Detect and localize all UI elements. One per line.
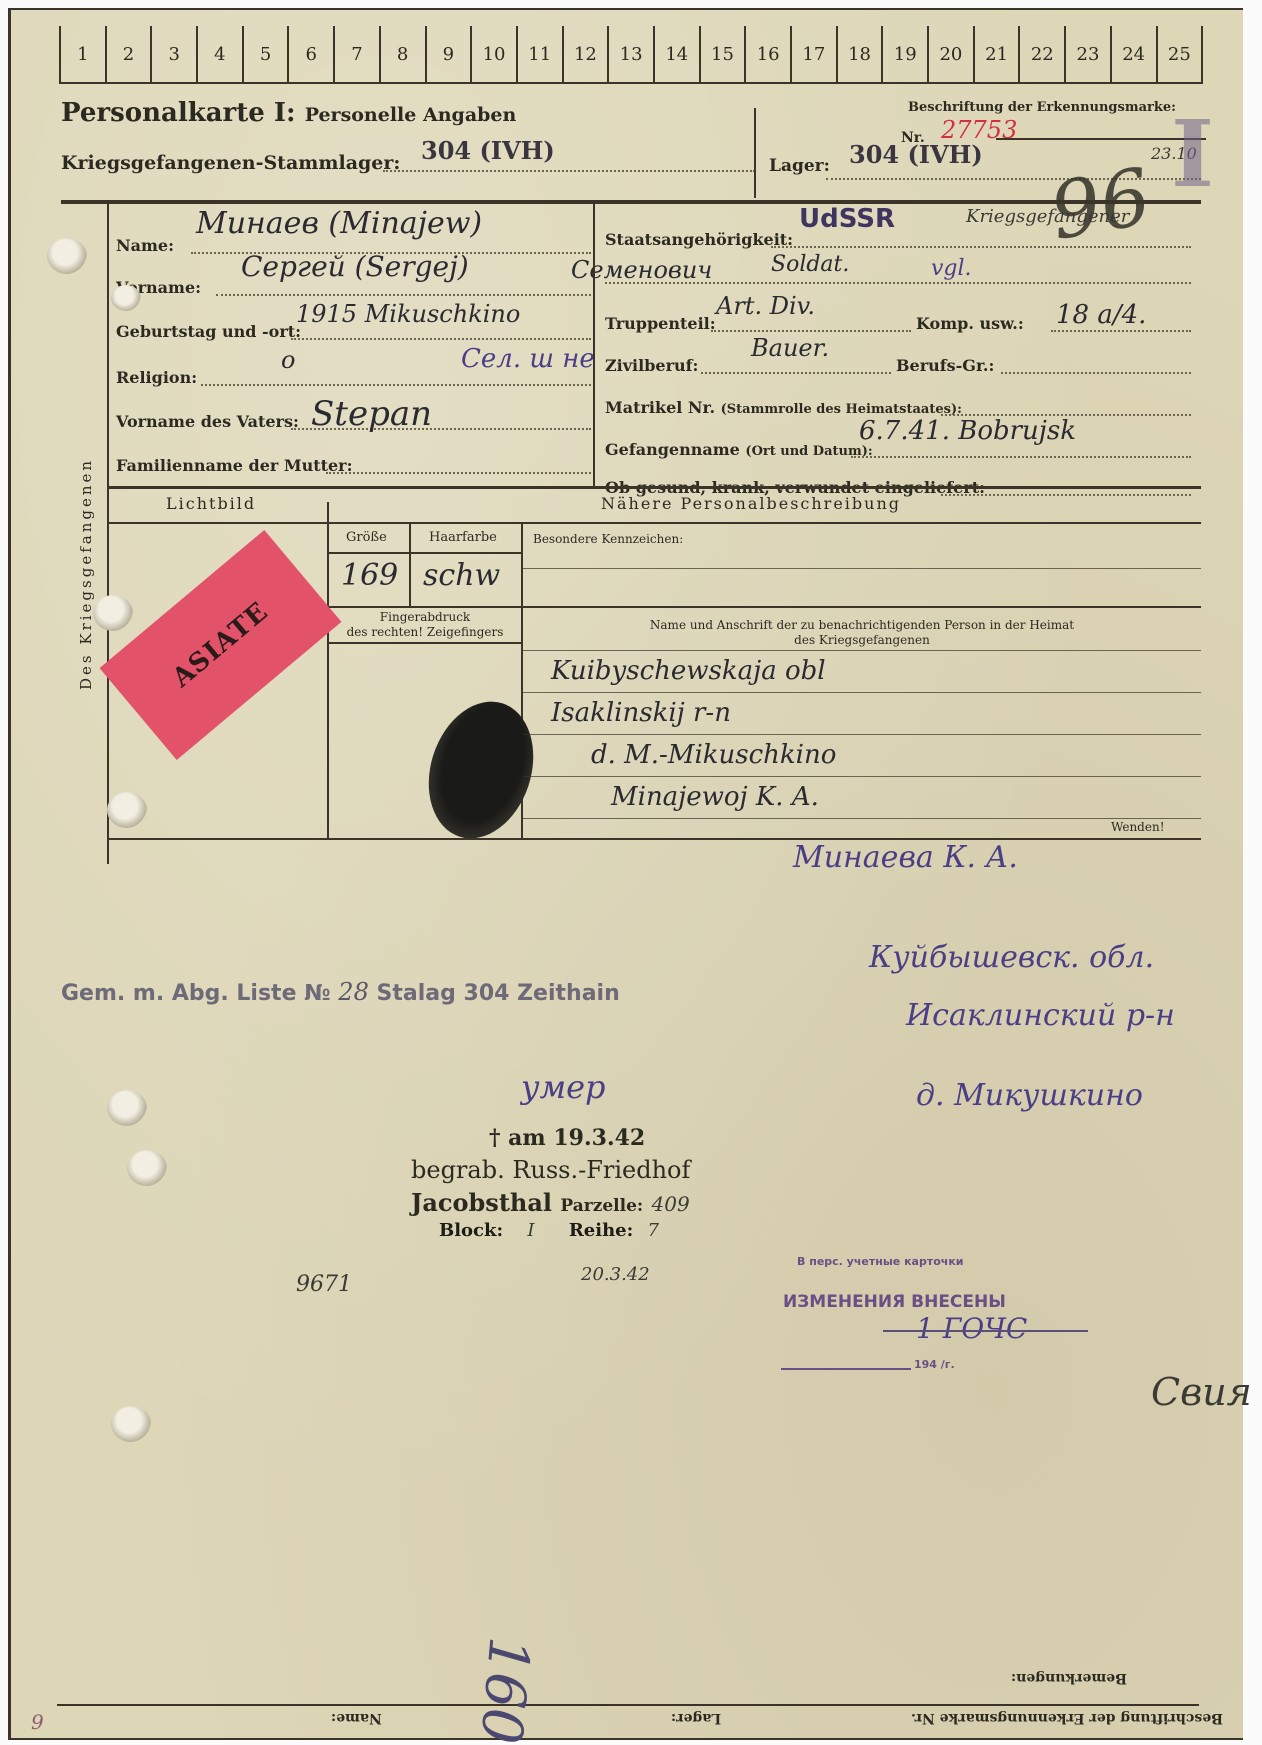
contact-label: Name und Anschrift der zu benachrichtige… [523,618,1201,648]
ruler-cell: 17 [790,26,836,82]
komp-value: 18 a/4. [1056,300,1146,330]
header-rule [61,200,1201,204]
camp-dots [383,168,755,172]
gesund-dots [941,494,1191,496]
zivil-dots [701,372,891,374]
side-vertical-label: Des Kriegsgefangenen [77,458,95,690]
signature: Свия [1151,1370,1252,1414]
size-bottom-rule [329,606,1201,608]
large-handwritten-number: 96 [1044,152,1157,258]
geburt-value: 1915 Mikuschkino [296,300,520,328]
ru-stamp-line-3: 194 /г. [914,1358,955,1371]
truppe-dots [711,330,911,332]
ruler-cell: 5 [242,26,288,82]
size-divider [409,524,411,606]
ruler-cell: 4 [196,26,242,82]
description-bottom-rule [107,838,1201,840]
corner-mark: 9 [31,1710,44,1734]
contact-rule [523,818,1201,819]
ruler-cell: 7 [333,26,379,82]
staat-label: Staatsangehörigkeit: [605,230,793,249]
punch-hole [93,595,133,631]
contact-rule [523,776,1201,777]
contact-rule [523,734,1201,735]
section-label: Nähere Personalbeschreibung [601,494,901,513]
ru-stamp-line-1: В перс. учетные карточки [797,1255,964,1268]
contact-line-0 [523,650,1201,651]
religion-value: o [281,346,295,374]
ruler-cell: 24 [1110,26,1156,82]
died-note: умер [521,1068,606,1106]
punch-hole [107,792,147,828]
religion-label: Religion: [116,368,197,387]
russian-note-line: Куйбышевск. обл. [869,940,1154,975]
kennzeichen-line-1 [523,568,1201,569]
staat-value: UdSSR [799,204,895,234]
finger-label: Fingerabdruck des rechten! Zeigefingers [329,610,521,640]
bottom-rule [57,1704,1199,1706]
cemetery-stamp: Jacobsthal Parzelle: 409 [411,1188,690,1217]
punch-hole [111,285,141,311]
berufs-dots [1001,372,1191,374]
tag-lager-value: 304 (IVH) [849,140,983,169]
punch-hole [47,238,87,274]
ruler-cell: 6 [287,26,333,82]
finger-rule [329,642,521,644]
wenden-label: Wenden! [1111,820,1165,834]
bemerkungen-label: Bemerkungen: [1011,1670,1127,1686]
left-border [107,204,109,864]
side-number: 9671 [296,1272,352,1297]
ruler-cell: 1 [59,26,105,82]
dienstgrad-value: Soldat. [771,252,849,277]
ruler-cell: 13 [607,26,653,82]
vorname-value: Сергей (Sergej) [241,250,469,283]
punch-hole [111,1406,151,1442]
ruler: 1234567891011121314151617181920212223242… [59,26,1203,84]
roman-one-stamp: I [1171,100,1214,208]
truppe-value: Art. Div. [716,292,815,320]
ruler-cell: 11 [516,26,562,82]
zivil-value: Bauer. [751,334,829,362]
ruler-cell: 15 [699,26,745,82]
tag-label: Beschriftung der Erkennungsmarke: [908,100,1176,115]
contact-line: d. M.-Mikuschkino [591,740,836,770]
mutter-label: Familienname der Mutter: [116,456,353,475]
personnel-card: 1234567891011121314151617181920212223242… [8,8,1243,1740]
ruler-cell: 22 [1018,26,1064,82]
religion-note: Сел. ш не [461,344,595,374]
ruler-cell: 14 [653,26,699,82]
kennzeichen-label: Besondere Kennzeichen: [533,532,683,546]
truppe-label: Truppenteil: [605,314,716,333]
groesse-value: 169 [341,558,398,593]
punch-hole [107,1090,147,1126]
punch-hole [127,1150,167,1186]
ruler-cell: 10 [470,26,516,82]
block-row-stamp: Block: I Reihe: 7 [439,1220,659,1241]
ru-stamp-line [883,1330,1088,1332]
name-label-inverted: Name: [331,1710,382,1726]
gefangen-value: 6.7.41. Bobrujsk [859,416,1076,446]
ruler-cell: 18 [836,26,882,82]
size-header-rule [329,552,521,554]
beschriftung-label: Beschriftung der Erkennungsmarke Nr. [911,1710,1223,1726]
gefangen-label: Gefangenname (Ort und Datum): [605,440,873,459]
ruler-cell: 25 [1156,26,1204,82]
ru-stamp-line-2: ИЗМЕНЕНИЯ ВНЕСЕНЫ [783,1292,1006,1312]
ruler-cell: 12 [562,26,608,82]
section-rule [107,486,1201,489]
abg-liste-stamp: Gem. m. Abg. Liste № 28 Stalag 304 Zeith… [61,978,620,1006]
photo-label: Lichtbild [166,494,256,513]
name-label: Name: [116,236,174,255]
recorded-date: 20.3.42 [581,1264,650,1285]
ruler-cell: 8 [379,26,425,82]
vater-label: Vorname des Vaters: [116,412,299,431]
fingerprint [412,688,550,852]
photo-rule [107,522,1201,524]
russian-note-line: Минаева К. А. [793,840,1018,875]
komp-label: Komp. usw.: [916,314,1024,333]
ruler-cell: 16 [744,26,790,82]
died-stamp: † am 19.3.42 [489,1125,645,1151]
bottom-handwritten: 160 [467,1634,541,1745]
card-subtitle: Personelle Angaben [305,104,517,126]
tag-lager-label: Lager: [769,156,830,176]
contact-line: Kuibyschewskaja obl [551,656,826,686]
dienstgrad-dots [605,282,1191,284]
vater-value: Stepan [311,394,432,434]
asiate-sticker: ASIATE [100,530,342,760]
camp-value: 304 (IVH) [421,136,555,165]
zivil-label: Zivilberuf: [605,356,698,375]
matrikel-label: Matrikel Nr. (Stammrolle des Heimatstaat… [605,398,962,417]
ruler-cell: 23 [1064,26,1110,82]
staat-note: Kriegsgefangener [966,206,1129,227]
contact-line: Minajewoj K. A. [611,782,819,812]
geburt-dots [291,338,591,340]
mid-divider [593,204,595,486]
contact-rule [523,692,1201,693]
ru-stamp-year-line [781,1368,911,1370]
religion-dots [201,384,591,386]
ruler-cell: 3 [150,26,196,82]
russian-note-line: Исаклинский р-н [906,998,1175,1033]
groesse-label: Größe [346,530,387,545]
gefangen-dots [851,456,1191,458]
mutter-dots [326,472,591,474]
komp-dots [1051,330,1191,332]
card-title: Personalkarte I: Personelle Angaben [61,98,516,128]
russian-note-line: д. Микушкино [916,1078,1143,1113]
lager-label-inverted: Lager: [671,1710,721,1726]
ruler-cell: 9 [425,26,471,82]
dienstgrad-note: vgl. [931,256,972,281]
ruler-cell: 2 [105,26,151,82]
camp-label: Kriegsgefangenen-Stammlager: [61,152,400,174]
berufs-label: Berufs-Gr.: [896,356,994,375]
ruler-cell: 21 [973,26,1019,82]
name-value: Минаев (Minajew) [196,206,482,241]
ru-stamp-handwritten: 1 ГОЧС [916,1312,1027,1345]
ruler-cell: 20 [927,26,973,82]
ruler-cell: 19 [881,26,927,82]
haar-label: Haarfarbe [429,530,497,545]
buried-stamp: begrab. Russ.-Friedhof [411,1156,690,1184]
haar-value: schw [423,558,500,593]
header-divider [754,108,756,198]
staat-dots [771,246,1191,248]
vorname-dots [216,294,591,296]
contact-line: Isaklinskij r-n [551,698,731,728]
geburt-label: Geburtstag und -ort: [116,322,301,341]
